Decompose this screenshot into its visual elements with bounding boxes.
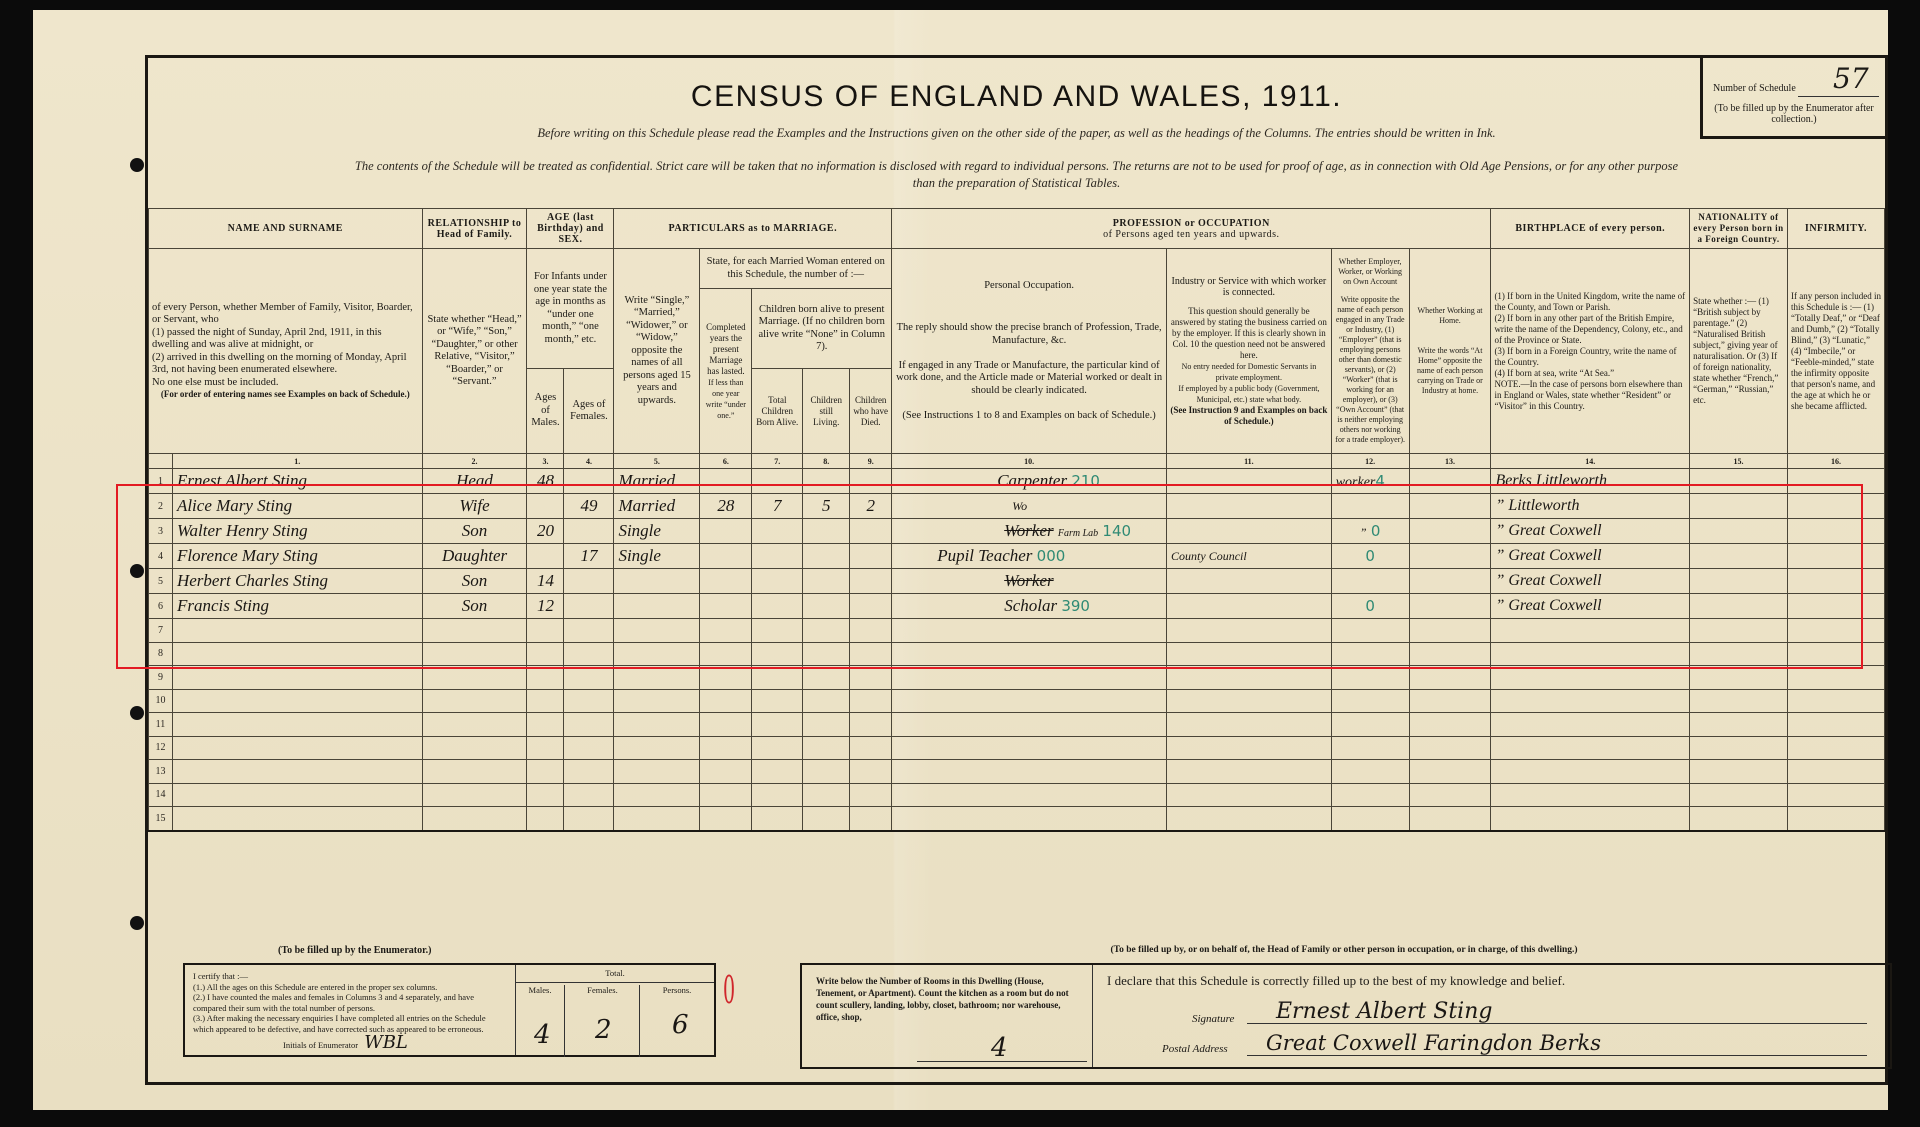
cert-item-3: (3.) After making the necessary enquirie… (193, 1013, 508, 1034)
initials-row: Initials of Enumerator WBL (193, 1038, 508, 1051)
punch-hole (130, 158, 144, 172)
employment[interactable] (1331, 569, 1409, 594)
employment-code: 4 (1375, 472, 1385, 490)
confidential-line-2: than the preparation of Statistical Tabl… (148, 176, 1885, 191)
head-signature[interactable]: Ernest Albert Sting (1272, 999, 1492, 1024)
at-home-instruction: Write the words “At Home” opposite the n… (1413, 346, 1488, 396)
row-number: 8 (149, 642, 173, 666)
rooms-line (917, 1061, 1087, 1062)
children-living[interactable] (803, 594, 850, 619)
age-male[interactable]: 48 (527, 469, 564, 494)
industry-instruction-3: If employed by a public body (Government… (1170, 383, 1328, 405)
industry-instruction-2: No entry needed for Domestic Servants in… (1170, 361, 1328, 383)
address-line (1247, 1055, 1867, 1056)
birthplace-instruction-3: (3) If born in a Foreign Country, write … (1494, 346, 1686, 368)
years-married-text: Completed years the present Marriage has… (703, 322, 748, 377)
infirmity[interactable] (1788, 544, 1885, 569)
header-age: AGE (last Birthday) and SEX. (527, 209, 614, 249)
instruction-employment: Whether Employer, Worker, or Working on … (1331, 249, 1409, 454)
children-born[interactable] (752, 519, 803, 544)
person-name[interactable] (172, 760, 422, 784)
at-home[interactable] (1409, 519, 1491, 544)
years-married[interactable] (700, 594, 752, 619)
instruction-infirmity: If any person included in this Schedule … (1788, 249, 1885, 454)
table-row-empty: 12 (149, 736, 1885, 760)
col-num-blank (149, 454, 173, 469)
employment-code: 0 (1371, 522, 1381, 540)
employment[interactable] (1331, 494, 1409, 519)
header-children-living: Children still Living. (803, 369, 850, 454)
person-name[interactable]: Ernest Albert Sting (172, 469, 422, 494)
industry-instruction-4: (See Instruction 9 and Examples on back … (1170, 405, 1328, 427)
total-label: Total. (516, 968, 714, 983)
children-living[interactable]: 5 (803, 494, 850, 519)
table-row: 3 Walter Henry Sting Son 20 Single Worke… (149, 519, 1885, 544)
relationship[interactable]: Son (422, 594, 527, 619)
col-num-6: 6. (700, 454, 752, 469)
name-instruction-5: (For order of entering names see Example… (152, 389, 419, 400)
person-name[interactable] (172, 689, 422, 713)
occupation-cell[interactable]: Worker (892, 569, 1167, 594)
occupation-cell[interactable]: Wo (892, 494, 1167, 519)
schedule-number-box: Number of Schedule 57 (To be filled up b… (1700, 55, 1888, 139)
table-row-empty: 14 (149, 783, 1885, 807)
children-living[interactable] (803, 569, 850, 594)
employment-code: 0 (1365, 547, 1375, 565)
number-of-rooms[interactable]: 4 (987, 1033, 1008, 1063)
row-number: 12 (149, 736, 173, 760)
marital-status[interactable] (614, 594, 700, 619)
marital-status[interactable]: Single (614, 519, 700, 544)
schedule-number-line (1798, 96, 1879, 97)
person-name[interactable] (172, 713, 422, 737)
birthplace-instruction-1: (1) If born in the United Kingdom, write… (1494, 291, 1686, 313)
person-name[interactable]: Herbert Charles Sting (172, 569, 422, 594)
person-name[interactable]: Francis Sting (172, 594, 422, 619)
instruction-age: For Infants under one year state the age… (527, 249, 614, 369)
occupation-code: 210 (1071, 472, 1100, 490)
occupation-struck: Worker (1004, 571, 1053, 590)
postal-address-label: Postal Address (1162, 1043, 1228, 1055)
header-children-born: Total Children Born Alive. (752, 369, 803, 454)
instruction-nationality: State whether :— (1) “British subject by… (1690, 249, 1788, 454)
occupation-cell[interactable]: Pupil Teacher 000 (892, 544, 1167, 569)
birthplace-instruction-4: (4) If born at sea, write “At Sea.” (1494, 368, 1686, 379)
table-row: 1 Ernest Albert Sting Head 48 Married Ca… (149, 469, 1885, 494)
occupation-code: 000 (1037, 547, 1066, 565)
employment-cell[interactable]: 0 (1331, 544, 1409, 569)
nationality[interactable] (1690, 469, 1788, 494)
infirmity[interactable] (1788, 469, 1885, 494)
age-male[interactable] (527, 544, 564, 569)
marital-status[interactable] (614, 569, 700, 594)
schedule-number-note: (To be filled up by the Enumerator after… (1709, 103, 1879, 125)
enumerator-initials[interactable]: WBL (360, 1032, 408, 1053)
at-home[interactable] (1409, 544, 1491, 569)
industry[interactable] (1167, 594, 1332, 619)
col-num-11: 11. (1167, 454, 1332, 469)
employment-code: 0 (1365, 597, 1375, 615)
col-num-5: 5. (614, 454, 700, 469)
row-number: 11 (149, 713, 173, 737)
relationship[interactable]: Son (422, 569, 527, 594)
person-name[interactable] (172, 736, 422, 760)
instruction-married-woman: State, for each Married Woman entered on… (700, 249, 892, 289)
table-row: 5 Herbert Charles Sting Son 14 Worker ” … (149, 569, 1885, 594)
totals-box: Total. Males. Females. Persons. 4 2 6 (515, 965, 714, 1055)
age-male[interactable] (527, 494, 564, 519)
nationality[interactable] (1690, 519, 1788, 544)
instruction-industry: Industry or Service with which worker is… (1167, 249, 1332, 454)
industry[interactable]: County Council (1167, 544, 1332, 569)
col-num-9: 9. (850, 454, 892, 469)
occupation: Carpenter (997, 471, 1067, 490)
header-relationship: RELATIONSHIP to Head of Family. (422, 209, 527, 249)
children-born[interactable]: 7 (752, 494, 803, 519)
marital-status[interactable]: Married (614, 494, 700, 519)
birthplace[interactable]: ” Great Coxwell (1491, 594, 1690, 619)
header-nationality: NATIONALITY of every Person born in a Fo… (1690, 209, 1788, 249)
employment-cell[interactable]: 0 (1331, 594, 1409, 619)
punch-hole (130, 706, 144, 720)
instruction-line: Before writing on this Schedule please r… (148, 126, 1885, 141)
children-died[interactable]: 2 (850, 494, 892, 519)
instruction-marital: Write “Single,” “Married,” “Widower,” or… (614, 249, 700, 454)
cert-item-1: (1.) All the ages on this Schedule are e… (193, 982, 508, 993)
row-number: 10 (149, 689, 173, 713)
children-born[interactable] (752, 469, 803, 494)
person-name[interactable] (172, 807, 422, 831)
person-name[interactable] (172, 783, 422, 807)
employment: worker (1336, 475, 1376, 490)
col-num-12: 12. (1331, 454, 1409, 469)
certify-label: I certify that :— (193, 971, 508, 982)
industry[interactable] (1167, 519, 1332, 544)
children-born[interactable] (752, 569, 803, 594)
relationship[interactable]: Head (422, 469, 527, 494)
occupation-cell[interactable]: Worker Farm Lab 140 (892, 519, 1167, 544)
occupation-cell[interactable]: Scholar 390 (892, 594, 1167, 619)
birthplace[interactable]: ” Great Coxwell (1491, 519, 1690, 544)
row-number: 2 (149, 494, 173, 519)
birthplace-instruction-2: (2) If born in any other part of the Bri… (1494, 313, 1686, 346)
col-num-16: 16. (1788, 454, 1885, 469)
row-number: 3 (149, 519, 173, 544)
employment-title: Whether Employer, Worker, or Working on … (1335, 257, 1406, 287)
occupation-subtitle: of Persons aged ten years and upwards. (892, 229, 1490, 240)
enumerator-heading: (To be filled up by the Enumerator.) (278, 945, 431, 956)
total-males[interactable]: 4 (530, 1020, 551, 1050)
census-table: NAME AND SURNAME RELATIONSHIP to Head of… (148, 208, 1885, 832)
schedule-number-label: Number of Schedule (1713, 83, 1796, 94)
schedule-number[interactable]: 57 (1833, 62, 1869, 95)
marital-status[interactable]: Single (614, 544, 700, 569)
age-male[interactable]: 12 (527, 594, 564, 619)
punch-hole (130, 564, 144, 578)
col-num-1: 1. (172, 454, 422, 469)
person-name[interactable]: Walter Henry Sting (172, 519, 422, 544)
instruction-relationship: State whether “Head,” or “Wife,” “Son,” … (422, 249, 527, 454)
instruction-children: Children born alive to present Marriage.… (752, 289, 892, 369)
header-infirmity: INFIRMITY. (1788, 209, 1885, 249)
nationality[interactable] (1690, 594, 1788, 619)
age-male[interactable]: 20 (527, 519, 564, 544)
relationship[interactable]: Daughter (422, 544, 527, 569)
table-row-empty: 8 (149, 642, 1885, 666)
certification-text: I certify that :— (1.) All the ages on t… (193, 971, 508, 1051)
relationship[interactable]: Son (422, 519, 527, 544)
years-married[interactable] (700, 569, 752, 594)
col-num-13: 13. (1409, 454, 1491, 469)
employment-instruction: Write opposite the name of each person e… (1335, 295, 1406, 445)
row-number: 14 (149, 783, 173, 807)
instruction-at-home: Whether Working at Home. Write the words… (1409, 249, 1491, 454)
table-row-empty: 7 (149, 619, 1885, 643)
employment: ” (1360, 525, 1367, 539)
nationality[interactable] (1690, 494, 1788, 519)
age-male[interactable]: 14 (527, 569, 564, 594)
age-female[interactable]: 49 (564, 494, 614, 519)
row-number: 15 (149, 807, 173, 831)
table-row: 4 Florence Mary Sting Daughter 17 Single… (149, 544, 1885, 569)
postal-address[interactable]: Great Coxwell Faringdon Berks (1262, 1031, 1601, 1055)
occupation-cell[interactable]: Carpenter 210 (892, 469, 1167, 494)
row-number: 6 (149, 594, 173, 619)
years-married[interactable] (700, 519, 752, 544)
occupation-code: 390 (1061, 597, 1090, 615)
header-occupation: PROFESSION or OCCUPATION of Persons aged… (892, 209, 1491, 249)
col-num-4: 4. (564, 454, 614, 469)
table-row: 6 Francis Sting Son 12 Scholar 390 0 ” G… (149, 594, 1885, 619)
occupation: Wo (1012, 499, 1027, 513)
industry-instruction-1: This question should generally be answer… (1170, 306, 1328, 361)
enumerator-box: I certify that :— (1.) All the ages on t… (183, 963, 716, 1057)
nationality[interactable] (1690, 569, 1788, 594)
name-instruction-2: (1) passed the night of Sunday, April 2n… (152, 327, 419, 352)
birthplace[interactable]: ” Great Coxwell (1491, 569, 1690, 594)
rooms-section: Write below the Number of Rooms in this … (802, 965, 1093, 1067)
col-num-2: 2. (422, 454, 527, 469)
person-name[interactable] (172, 642, 422, 666)
table-row-empty: 9 (149, 666, 1885, 690)
col-num-8: 8. (803, 454, 850, 469)
industry[interactable] (1167, 569, 1332, 594)
birthplace[interactable]: ” Littleworth (1491, 494, 1690, 519)
red-check-mark: 0 (721, 968, 735, 1012)
infirmity[interactable] (1788, 519, 1885, 544)
header-birthplace: BIRTHPLACE of every person. (1491, 209, 1690, 249)
at-home[interactable] (1409, 569, 1491, 594)
name-instruction-3: (2) arrived in this dwelling on the morn… (152, 352, 419, 377)
instruction-name: of every Person, whether Member of Famil… (149, 249, 423, 454)
col-num-14: 14. (1491, 454, 1690, 469)
cert-item-2: (2.) I have counted the males and female… (193, 992, 508, 1013)
children-living[interactable] (803, 519, 850, 544)
header-ages-males: Ages of Males. (527, 369, 564, 454)
row-number: 7 (149, 619, 173, 643)
header-marriage: PARTICULARS as to MARRIAGE. (614, 209, 892, 249)
row-number: 13 (149, 760, 173, 784)
at-home[interactable] (1409, 594, 1491, 619)
declaration-text: I declare that this Schedule is correctl… (1107, 973, 1565, 989)
age-female[interactable] (564, 569, 614, 594)
name-instruction-4: No one else must be included. (152, 377, 419, 390)
table-row: 2 Alice Mary Sting Wife 49 Married 28 7 … (149, 494, 1885, 519)
children-died[interactable] (850, 469, 892, 494)
occupation: Scholar (1004, 596, 1057, 615)
person-name[interactable] (172, 619, 422, 643)
col-num-3: 3. (527, 454, 564, 469)
person-name[interactable] (172, 666, 422, 690)
children-born[interactable] (752, 544, 803, 569)
children-living[interactable] (803, 469, 850, 494)
household-heading: (To be filled up by, or on behalf of, th… (798, 945, 1890, 955)
row-number: 5 (149, 569, 173, 594)
name-instruction-1: of every Person, whether Member of Famil… (152, 302, 419, 327)
children-died[interactable] (850, 594, 892, 619)
row-number: 1 (149, 469, 173, 494)
employment-cell[interactable]: ” 0 (1331, 519, 1409, 544)
industry[interactable] (1167, 469, 1332, 494)
occ-instruction-1: The reply should show the precise branch… (895, 322, 1163, 347)
table-row-empty: 10 (149, 689, 1885, 713)
birthplace[interactable]: ” Great Coxwell (1491, 544, 1690, 569)
punch-hole (130, 916, 144, 930)
census-form: CENSUS OF ENGLAND AND WALES, 1911. Befor… (145, 55, 1888, 1085)
children-born[interactable] (752, 594, 803, 619)
age-female[interactable] (564, 519, 614, 544)
industry[interactable] (1167, 494, 1332, 519)
age-female[interactable] (564, 469, 614, 494)
years-married-note: If less than one year write “under one.” (703, 377, 748, 421)
occupation-code: 140 (1102, 522, 1131, 540)
years-married[interactable] (700, 469, 752, 494)
children-died[interactable] (850, 519, 892, 544)
rooms-instruction: Write below the Number of Rooms in this … (816, 975, 1084, 1023)
children-died[interactable] (850, 569, 892, 594)
table-row-empty: 11 (149, 713, 1885, 737)
occ-instruction-2: If engaged in any Trade or Manufacture, … (895, 360, 1163, 398)
age-female[interactable]: 17 (564, 544, 614, 569)
page-title: CENSUS OF ENGLAND AND WALES, 1911. (148, 80, 1885, 114)
children-living[interactable] (803, 544, 850, 569)
row-number: 9 (149, 666, 173, 690)
col-num-15: 15. (1690, 454, 1788, 469)
occupation-title: PROFESSION or OCCUPATION (892, 218, 1490, 229)
instruction-personal-occupation: Personal Occupation. The reply should sh… (892, 249, 1167, 454)
birthplace-note: NOTE.—In the case of persons born elsewh… (1494, 379, 1686, 412)
header-ages-females: Ages of Females. (564, 369, 614, 454)
industry-title: Industry or Service with which worker is… (1170, 276, 1328, 298)
row-number: 4 (149, 544, 173, 569)
occupation-correction: Farm Lab (1058, 528, 1098, 539)
relationship[interactable]: Wife (422, 494, 527, 519)
table-row-empty: 13 (149, 760, 1885, 784)
infirmity[interactable] (1788, 569, 1885, 594)
years-married[interactable] (700, 544, 752, 569)
infirmity[interactable] (1788, 594, 1885, 619)
table-row-empty: 15 (149, 807, 1885, 831)
personal-occupation-title: Personal Occupation. (895, 280, 1163, 293)
infirmity[interactable] (1788, 494, 1885, 519)
at-home[interactable] (1409, 494, 1491, 519)
person-name[interactable]: Florence Mary Sting (172, 544, 422, 569)
confidential-line: The contents of the Schedule will be tre… (148, 159, 1885, 174)
header-name: NAME AND SURNAME (149, 209, 423, 249)
instruction-years-married: Completed years the present Marriage has… (700, 289, 752, 454)
employment-cell[interactable]: worker4 (1331, 469, 1409, 494)
census-page: CENSUS OF ENGLAND AND WALES, 1911. Befor… (33, 10, 1888, 1110)
col-num-7: 7. (752, 454, 803, 469)
birthplace[interactable]: Berks Littleworth (1491, 469, 1690, 494)
males-label: Males. (516, 985, 564, 995)
household-box: Write below the Number of Rooms in this … (800, 963, 1892, 1069)
nationality[interactable] (1690, 544, 1788, 569)
age-female[interactable] (564, 594, 614, 619)
children-died[interactable] (850, 544, 892, 569)
signature-label: Signature (1192, 1013, 1234, 1025)
total-persons[interactable]: 6 (668, 1010, 689, 1040)
header-children-died: Children who have Died. (850, 369, 892, 454)
marital-status[interactable]: Married (614, 469, 700, 494)
person-name[interactable]: Alice Mary Sting (172, 494, 422, 519)
at-home-title: Whether Working at Home. (1413, 306, 1488, 326)
col-num-10: 10. (892, 454, 1167, 469)
initials-label: Initials of Enumerator (283, 1040, 358, 1050)
occ-instruction-3: (See Instructions 1 to 8 and Examples on… (895, 410, 1163, 423)
years-married[interactable]: 28 (700, 494, 752, 519)
at-home[interactable] (1409, 469, 1491, 494)
occupation-struck: Worker (1004, 521, 1053, 540)
instruction-birthplace: (1) If born in the United Kingdom, write… (1491, 249, 1690, 454)
total-females[interactable]: 2 (591, 1015, 612, 1045)
occupation: Pupil Teacher (937, 546, 1032, 565)
